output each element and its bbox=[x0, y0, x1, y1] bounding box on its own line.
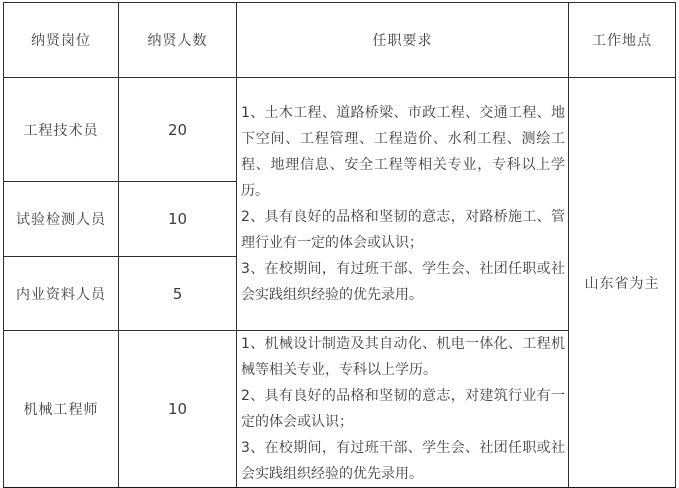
requirement-item-1: 1、土木工程、道路桥梁、市政工程、交通工程、地下空间、工程管理、工程造价、水利工… bbox=[241, 100, 565, 204]
requirement-item-1: 1、机械设计制造及其自动化、机电一体化、工程机械等相关专业，专科以上学历。 bbox=[241, 331, 565, 383]
position-cell: 内业资料人员 bbox=[4, 257, 119, 331]
count-cell: 5 bbox=[119, 257, 237, 331]
location-cell: 山东省为主 bbox=[569, 78, 676, 488]
recruitment-page: 纳贤岗位 纳贤人数 任职要求 工作地点 工程技术员 20 1、土木工程、道路桥梁… bbox=[0, 0, 679, 488]
count-cell: 10 bbox=[119, 182, 237, 257]
recruitment-table: 纳贤岗位 纳贤人数 任职要求 工作地点 工程技术员 20 1、土木工程、道路桥梁… bbox=[3, 2, 676, 488]
position-cell: 工程技术员 bbox=[4, 78, 119, 182]
header-location: 工作地点 bbox=[569, 3, 676, 78]
requirement-item-3: 3、在校期间，有过班干部、学生会、社团任职或社会实践组织经验的优先录用。 bbox=[241, 256, 565, 308]
position-cell: 试验检测人员 bbox=[4, 182, 119, 257]
position-cell: 机械工程师 bbox=[4, 331, 119, 488]
count-cell: 20 bbox=[119, 78, 237, 182]
requirement-item-2: 2、具有良好的品格和坚韧的意志，对路桥施工、管理行业有一定的体会或认识； bbox=[241, 204, 565, 256]
requirement-item-3: 3、在校期间，有过班干部、学生会、社团任职或社会实践组织经验的优先录用。 bbox=[241, 435, 565, 487]
header-requirements: 任职要求 bbox=[237, 3, 569, 78]
table-row-engineering-technician: 工程技术员 20 1、土木工程、道路桥梁、市政工程、交通工程、地下空间、工程管理… bbox=[4, 78, 676, 182]
requirements-cell-group1: 1、土木工程、道路桥梁、市政工程、交通工程、地下空间、工程管理、工程造价、水利工… bbox=[237, 78, 569, 331]
count-cell: 10 bbox=[119, 331, 237, 488]
header-count: 纳贤人数 bbox=[119, 3, 237, 78]
requirement-item-2: 2、具有良好的品格和坚韧的意志，对建筑行业有一定的体会或认识； bbox=[241, 383, 565, 435]
requirements-cell-group2: 1、机械设计制造及其自动化、机电一体化、工程机械等相关专业，专科以上学历。 2、… bbox=[237, 331, 569, 488]
header-row: 纳贤岗位 纳贤人数 任职要求 工作地点 bbox=[4, 3, 676, 78]
header-position: 纳贤岗位 bbox=[4, 3, 119, 78]
